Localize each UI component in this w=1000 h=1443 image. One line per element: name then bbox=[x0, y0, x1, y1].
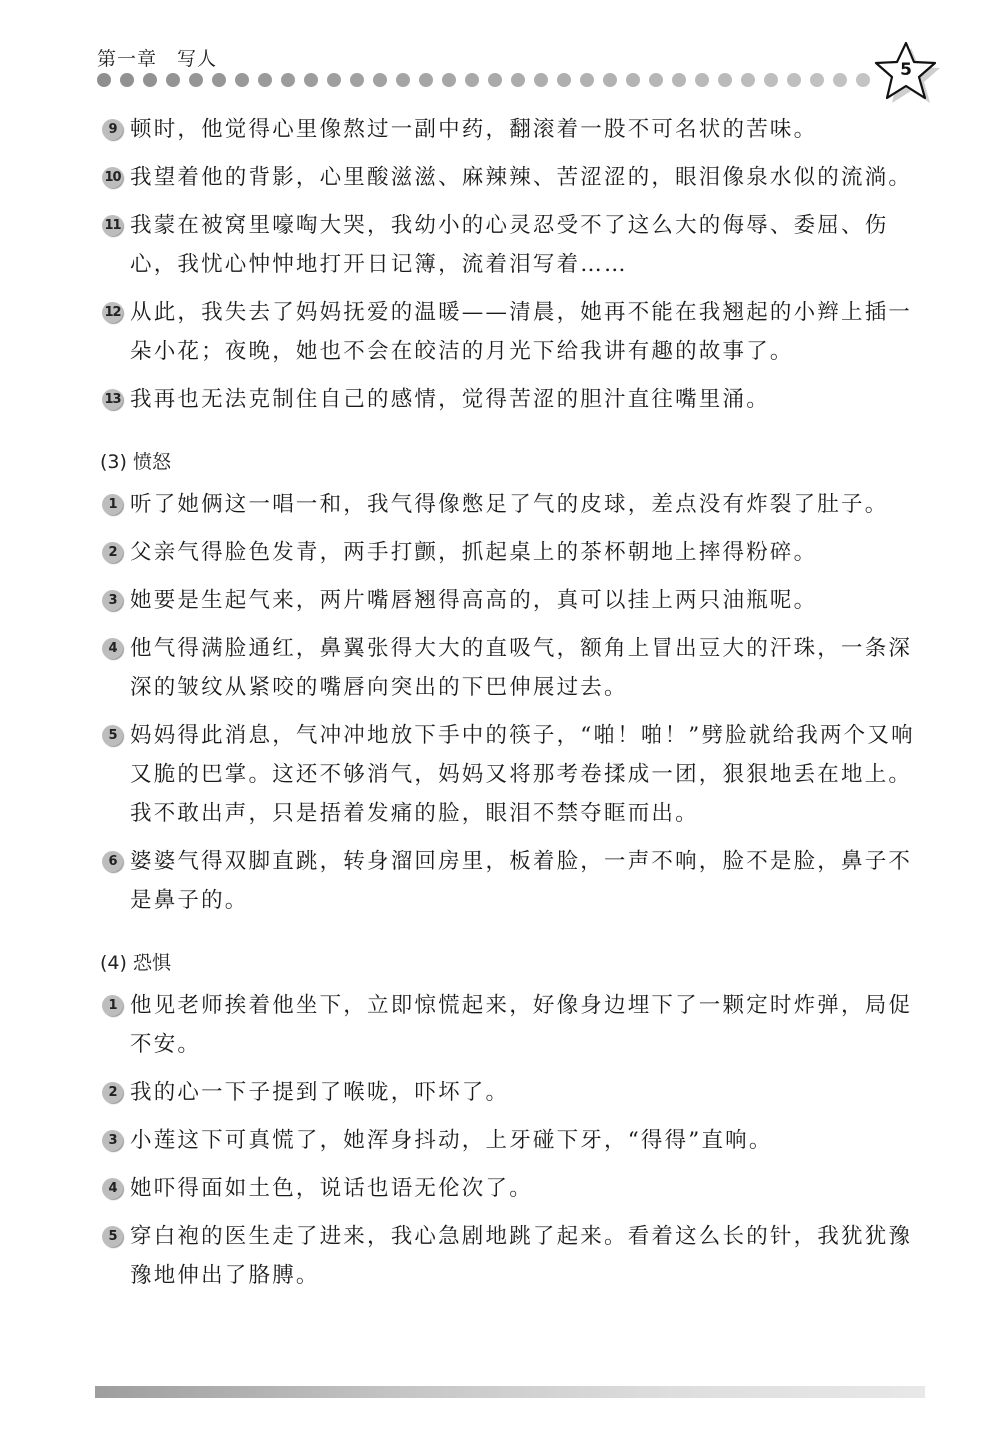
item-number-badge: 4 bbox=[102, 638, 123, 659]
divider-dot bbox=[718, 73, 732, 87]
item-number-badge: 2 bbox=[102, 1082, 123, 1103]
item-number-badge: 9 bbox=[102, 119, 123, 140]
divider-dot bbox=[120, 73, 134, 87]
footer-gradient-bar bbox=[95, 1386, 925, 1398]
divider-dot bbox=[189, 73, 203, 87]
list-item: 9顿时，他觉得心里像熬过一副中药，翻滚着一股不可名状的苦味。 bbox=[100, 110, 930, 149]
item-number-badge: 1 bbox=[102, 995, 123, 1016]
list-item: 6婆婆气得双脚直跳，转身溜回房里，板着脸，一声不响，脸不是脸，鼻子不是鼻子的。 bbox=[100, 842, 930, 920]
item-text: 婆婆气得双脚直跳，转身溜回房里，板着脸，一声不响，脸不是脸，鼻子不是鼻子的。 bbox=[130, 849, 912, 913]
item-text: 他见老师挨着他坐下，立即惊慌起来，好像身边埋下了一颗定时炸弹，局促不安。 bbox=[130, 993, 912, 1057]
divider-dot bbox=[419, 73, 433, 87]
section-title: (4) 恐惧 bbox=[100, 948, 930, 978]
list-item: 13我再也无法克制住自己的感情，觉得苦涩的胆汁直往嘴里涌。 bbox=[100, 380, 930, 419]
item-number-badge: 1 bbox=[102, 494, 123, 515]
item-text: 从此，我失去了妈妈抚爱的温暖——清晨，她再不能在我翘起的小辫上插一朵小花；夜晚，… bbox=[130, 300, 912, 364]
page-content: 9顿时，他觉得心里像熬过一副中药，翻滚着一股不可名状的苦味。 10我望着他的背影… bbox=[100, 110, 930, 1304]
section-title: (3) 愤怒 bbox=[100, 447, 930, 477]
list-item: 3她要是生起气来，两片嘴唇翘得高高的，真可以挂上两只油瓶呢。 bbox=[100, 581, 930, 620]
list-item: 12从此，我失去了妈妈抚爱的温暖——清晨，她再不能在我翘起的小辫上插一朵小花；夜… bbox=[100, 293, 930, 371]
item-number-badge: 4 bbox=[102, 1178, 123, 1199]
item-number-badge: 10 bbox=[102, 167, 123, 188]
item-number-badge: 12 bbox=[102, 302, 123, 323]
item-text: 我再也无法克制住自己的感情，觉得苦涩的胆汁直往嘴里涌。 bbox=[130, 387, 770, 412]
divider-dot bbox=[212, 73, 226, 87]
section-sadness-continued: 9顿时，他觉得心里像熬过一副中药，翻滚着一股不可名状的苦味。 10我望着他的背影… bbox=[100, 110, 930, 419]
item-text: 小莲这下可真慌了，她浑身抖动，上牙碰下牙，“得得”直响。 bbox=[130, 1128, 773, 1153]
list-item: 3小莲这下可真慌了，她浑身抖动，上牙碰下牙，“得得”直响。 bbox=[100, 1121, 930, 1160]
list-item: 2父亲气得脸色发青，两手打颤，抓起桌上的茶杯朝地上摔得粉碎。 bbox=[100, 533, 930, 572]
divider-dot bbox=[626, 73, 640, 87]
divider-dot bbox=[557, 73, 571, 87]
list-item: 1他见老师挨着他坐下，立即惊慌起来，好像身边埋下了一颗定时炸弹，局促不安。 bbox=[100, 986, 930, 1064]
divider-dot bbox=[672, 73, 686, 87]
divider-dot bbox=[649, 73, 663, 87]
divider-dot bbox=[810, 73, 824, 87]
divider-dot bbox=[787, 73, 801, 87]
item-number-badge: 11 bbox=[102, 215, 123, 236]
section-anger: (3) 愤怒 1听了她俩这一唱一和，我气得像憋足了气的皮球，差点没有炸裂了肚子。… bbox=[100, 447, 930, 920]
item-text: 我望着他的背影，心里酸滋滋、麻辣辣、苦涩涩的，眼泪像泉水似的流淌。 bbox=[130, 165, 912, 190]
divider-dot bbox=[741, 73, 755, 87]
divider-dot bbox=[695, 73, 709, 87]
divider-dot bbox=[97, 73, 111, 87]
item-text: 我蒙在被窝里嚎啕大哭，我幼小的心灵忍受不了这么大的侮辱、委屈、伤心，我忧心忡忡地… bbox=[130, 213, 888, 277]
page-number-star: 5 bbox=[872, 40, 940, 106]
item-text: 她要是生起气来，两片嘴唇翘得高高的，真可以挂上两只油瓶呢。 bbox=[130, 588, 817, 613]
divider-dot bbox=[856, 73, 870, 87]
item-number-badge: 13 bbox=[102, 389, 123, 410]
list-item: 5妈妈得此消息，气冲冲地放下手中的筷子，“啪！啪！”劈脸就给我两个又响又脆的巴掌… bbox=[100, 716, 930, 833]
item-text: 他气得满脸通红，鼻翼张得大大的直吸气，额角上冒出豆大的汗珠，一条深深的皱纹从紧咬… bbox=[130, 636, 912, 700]
divider-dot bbox=[396, 73, 410, 87]
item-number-badge: 3 bbox=[102, 1130, 123, 1151]
list-item: 5穿白袍的医生走了进来，我心急剧地跳了起来。看着这么长的针，我犹犹豫豫地伸出了胳… bbox=[100, 1217, 930, 1295]
list-item: 10我望着他的背影，心里酸滋滋、麻辣辣、苦涩涩的，眼泪像泉水似的流淌。 bbox=[100, 158, 930, 197]
divider-dot bbox=[511, 73, 525, 87]
page-number: 5 bbox=[872, 60, 940, 80]
list-item: 2我的心一下子提到了喉咙，吓坏了。 bbox=[100, 1073, 930, 1112]
list-item: 4他气得满脸通红，鼻翼张得大大的直吸气，额角上冒出豆大的汗珠，一条深深的皱纹从紧… bbox=[100, 629, 930, 707]
divider-dot bbox=[534, 73, 548, 87]
item-text: 妈妈得此消息，气冲冲地放下手中的筷子，“啪！啪！”劈脸就给我两个又响又脆的巴掌。… bbox=[130, 723, 915, 826]
section-fear: (4) 恐惧 1他见老师挨着他坐下，立即惊慌起来，好像身边埋下了一颗定时炸弹，局… bbox=[100, 948, 930, 1295]
divider-dot bbox=[281, 73, 295, 87]
item-text: 听了她俩这一唱一和，我气得像憋足了气的皮球，差点没有炸裂了肚子。 bbox=[130, 492, 888, 517]
divider-dot bbox=[327, 73, 341, 87]
divider-dot bbox=[166, 73, 180, 87]
divider-dot bbox=[603, 73, 617, 87]
divider-dot bbox=[258, 73, 272, 87]
divider-dot bbox=[304, 73, 318, 87]
item-text: 穿白袍的医生走了进来，我心急剧地跳了起来。看着这么长的针，我犹犹豫豫地伸出了胳膊… bbox=[130, 1224, 912, 1288]
divider-dot bbox=[764, 73, 778, 87]
item-number-badge: 3 bbox=[102, 590, 123, 611]
divider-dot bbox=[143, 73, 157, 87]
chapter-title: 第一章 写人 bbox=[97, 44, 217, 71]
list-item: 1听了她俩这一唱一和，我气得像憋足了气的皮球，差点没有炸裂了肚子。 bbox=[100, 485, 930, 524]
divider-dot bbox=[833, 73, 847, 87]
divider-dot bbox=[488, 73, 502, 87]
item-text: 顿时，他觉得心里像熬过一副中药，翻滚着一股不可名状的苦味。 bbox=[130, 117, 817, 142]
dotted-divider bbox=[97, 73, 870, 87]
divider-dot bbox=[373, 73, 387, 87]
divider-dot bbox=[465, 73, 479, 87]
divider-dot bbox=[235, 73, 249, 87]
item-number-badge: 2 bbox=[102, 542, 123, 563]
divider-dot bbox=[580, 73, 594, 87]
item-number-badge: 5 bbox=[102, 1226, 123, 1247]
item-number-badge: 6 bbox=[102, 851, 123, 872]
list-item: 4她吓得面如土色，说话也语无伦次了。 bbox=[100, 1169, 930, 1208]
divider-dot bbox=[442, 73, 456, 87]
item-text: 她吓得面如土色，说话也语无伦次了。 bbox=[130, 1176, 533, 1201]
item-number-badge: 5 bbox=[102, 725, 123, 746]
list-item: 11我蒙在被窝里嚎啕大哭，我幼小的心灵忍受不了这么大的侮辱、委屈、伤心，我忧心忡… bbox=[100, 206, 930, 284]
item-text: 我的心一下子提到了喉咙，吓坏了。 bbox=[130, 1080, 509, 1105]
divider-dot bbox=[350, 73, 364, 87]
item-text: 父亲气得脸色发青，两手打颤，抓起桌上的茶杯朝地上摔得粉碎。 bbox=[130, 540, 817, 565]
